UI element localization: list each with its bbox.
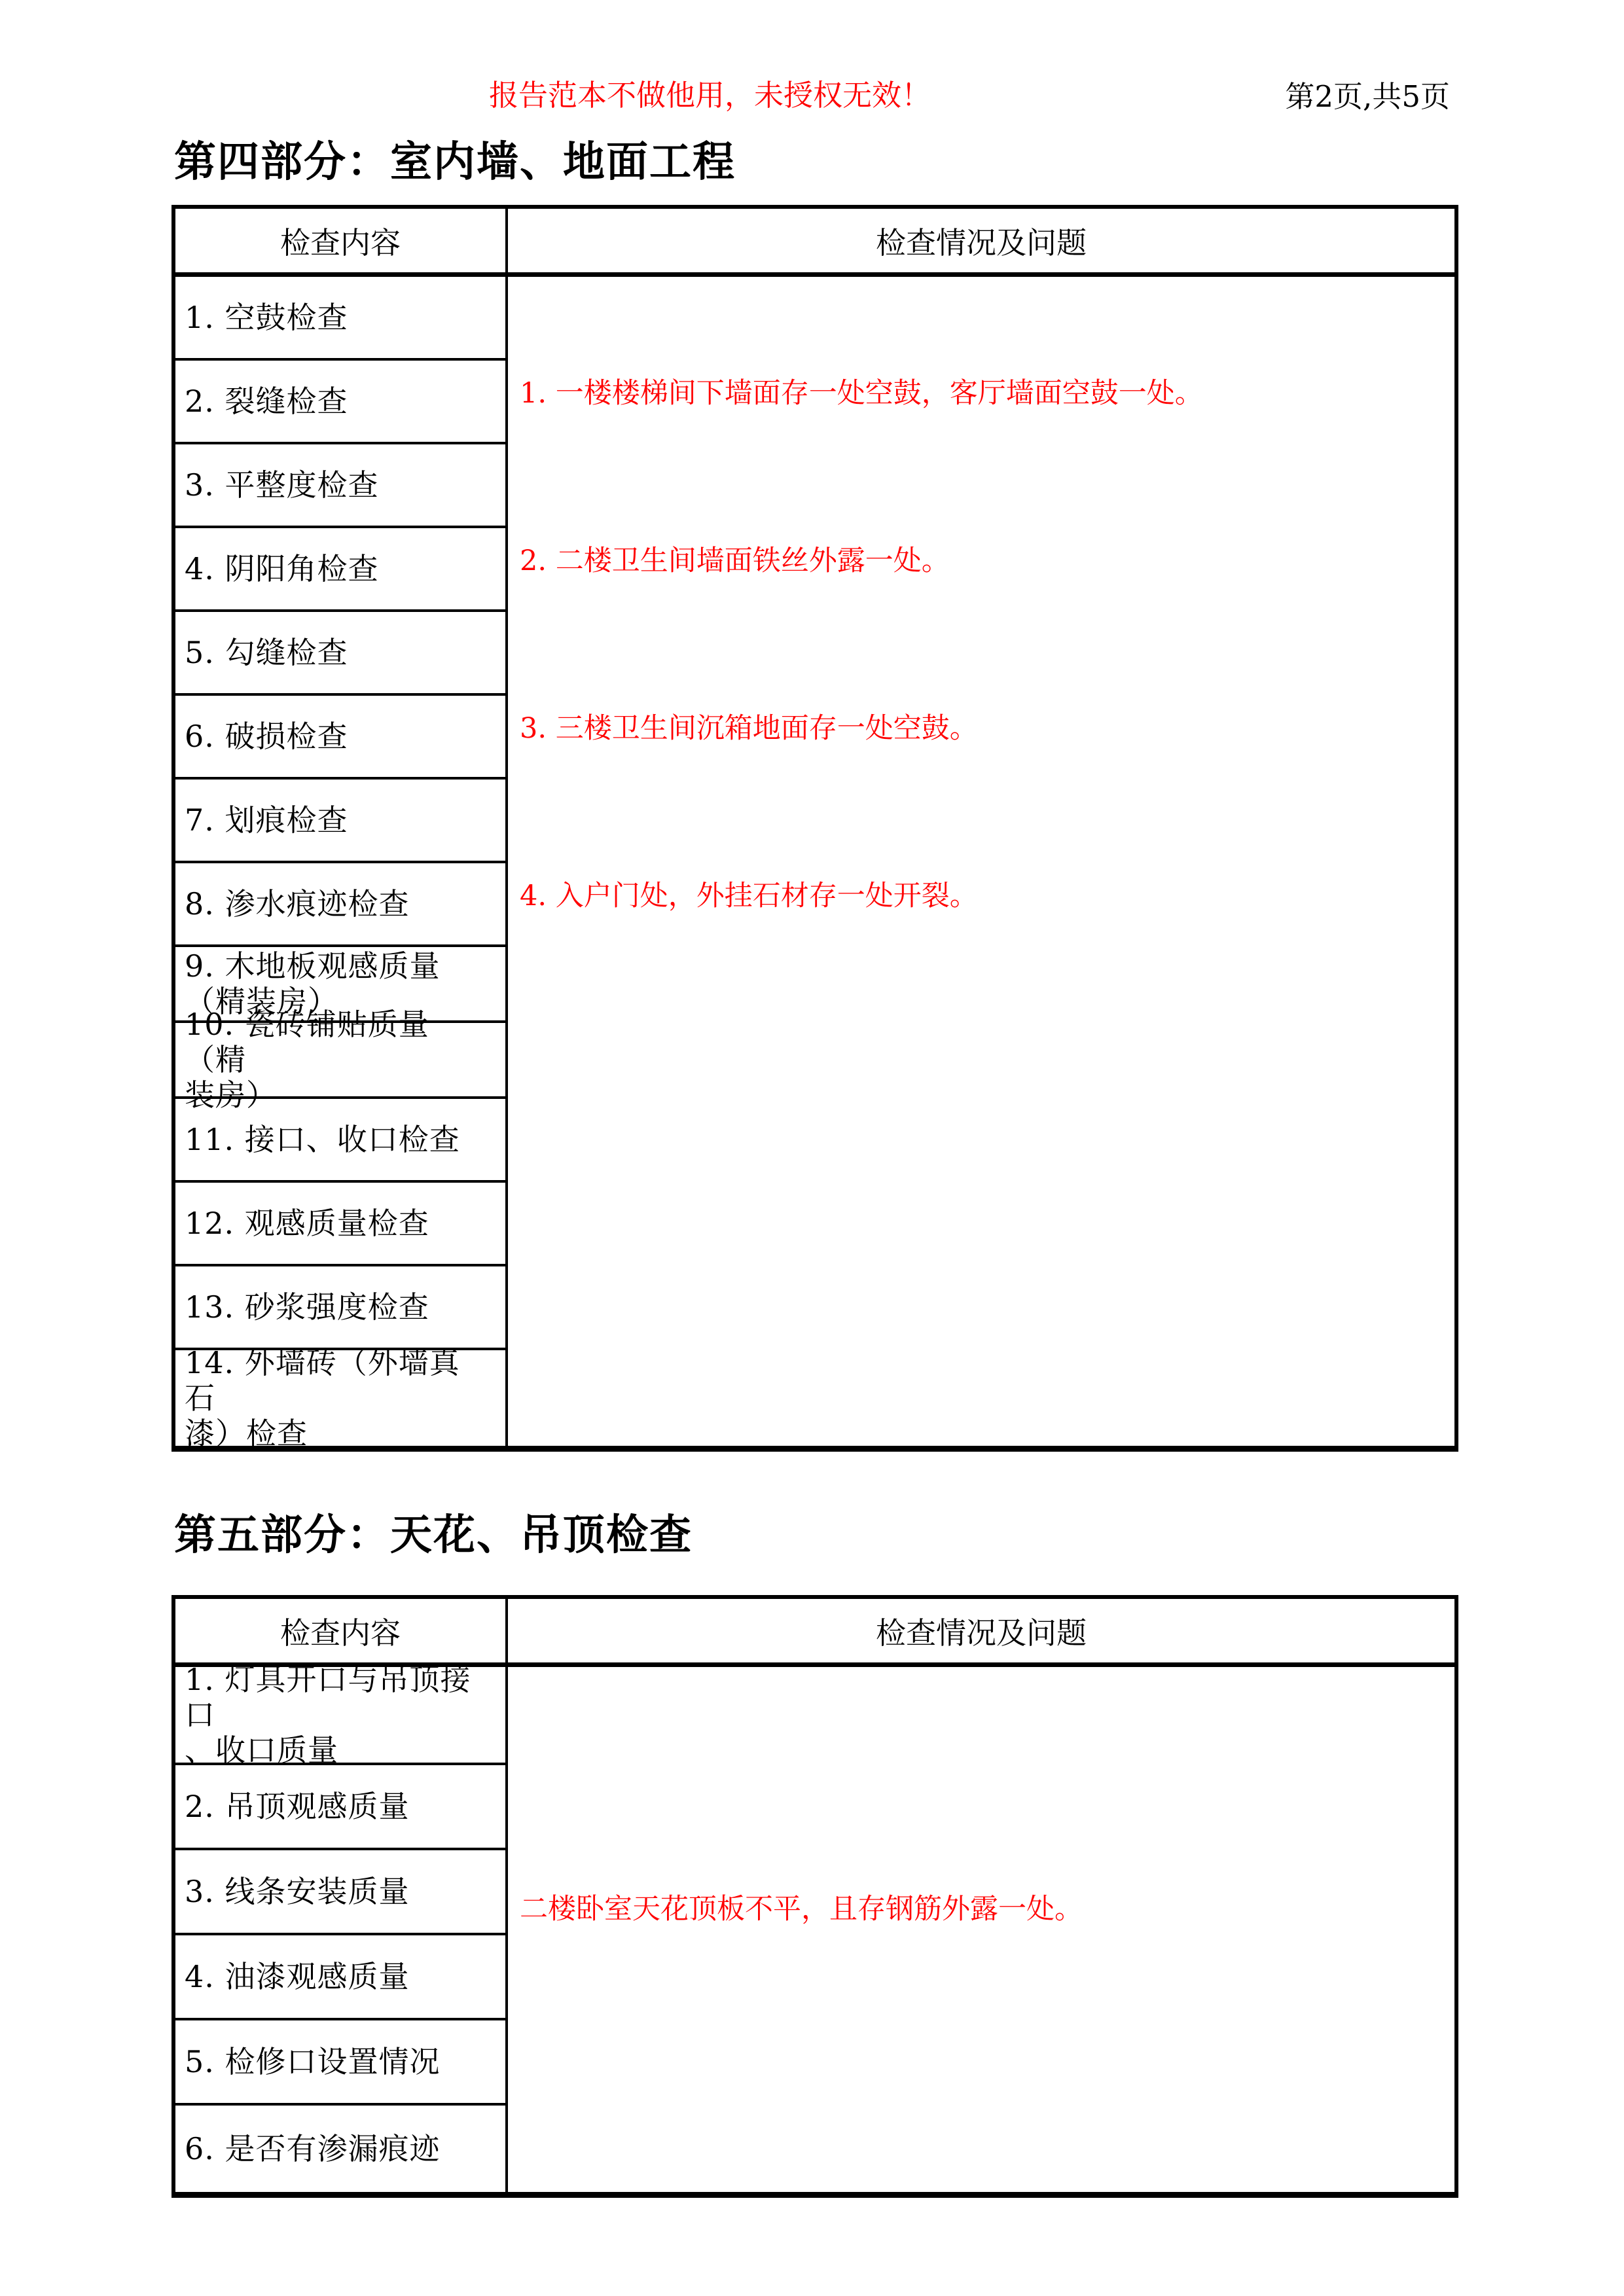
inspection-item: 1. 灯具开口与吊顶接口 、收口质量 [175,1667,508,1765]
section4-header-inspection-content: 检查内容 [175,209,508,277]
page-number: 第2页,共5页 [1285,77,1450,117]
section4-header-inspection-issues: 检查情况及问题 [508,209,1454,277]
section5-issues-cell: 二楼卧室天花顶板不平，且存钢筋外露一处。 [508,1667,1454,2192]
inspection-item: 2. 裂缝检查 [175,361,508,444]
inspection-item: 4. 阴阳角检查 [175,528,508,612]
inspection-item: 8. 渗水痕迹检查 [175,863,508,947]
inspection-item: 6. 是否有渗漏痕迹 [175,2106,508,2192]
section4-title: 第四部分：室内墙、地面工程 [174,135,736,190]
section5-header-inspection-issues: 检查情况及问题 [508,1599,1454,1667]
inspection-item: 7. 划痕检查 [175,780,508,863]
inspection-item: 12. 观感质量检查 [175,1183,508,1266]
issue-note: 2. 二楼卫生间墙面铁丝外露一处。 [520,541,1447,581]
inspection-item: 5. 勾缝检查 [175,612,508,696]
inspection-item: 3. 线条安装质量 [175,1850,508,1935]
inspection-item: 5. 检修口设置情况 [175,2020,508,2106]
section4-issues-cell: 1. 一楼楼梯间下墙面存一处空鼓，客厅墙面空鼓一处。 2. 二楼卫生间墙面铁丝外… [508,277,1454,1446]
inspection-item: 3. 平整度检查 [175,444,508,528]
inspection-item: 2. 吊顶观感质量 [175,1765,508,1850]
inspection-item: 11. 接口、收口检查 [175,1099,508,1183]
report-page: 报告范本不做他用，未授权无效！ 第2页,共5页 第四部分：室内墙、地面工程 检查… [0,0,1624,2296]
inspection-item: 6. 破损检查 [175,696,508,780]
section4-table: 检查内容 检查情况及问题 1. 空鼓检查 2. 裂缝检查 3. 平整度检查 4.… [171,205,1458,1452]
inspection-item: 1. 空鼓检查 [175,277,508,361]
inspection-item: 13. 砂浆强度检查 [175,1266,508,1350]
inspection-item: 14. 外墙砖（外墙真石 漆）检查 [175,1350,508,1446]
inspection-item: 4. 油漆观感质量 [175,1935,508,2020]
header-warning-text: 报告范本不做他用，未授权无效！ [489,76,931,115]
issue-note: 3. 三楼卫生间沉箱地面存一处空鼓。 [520,709,1447,748]
issue-note: 二楼卧室天花顶板不平，且存钢筋外露一处。 [520,1890,1447,1929]
section5-header-inspection-content: 检查内容 [175,1599,508,1667]
section5-table: 检查内容 检查情况及问题 1. 灯具开口与吊顶接口 、收口质量 2. 吊顶观感质… [171,1595,1458,2198]
inspection-item: 10. 瓷砖铺贴质量 （精 装房） [175,1023,508,1099]
issue-note: 1. 一楼楼梯间下墙面存一处空鼓，客厅墙面空鼓一处。 [520,374,1447,413]
issue-note: 4. 入户门处，外挂石材存一处开裂。 [520,876,1447,916]
section5-title: 第五部分：天花、吊顶检查 [174,1508,693,1563]
